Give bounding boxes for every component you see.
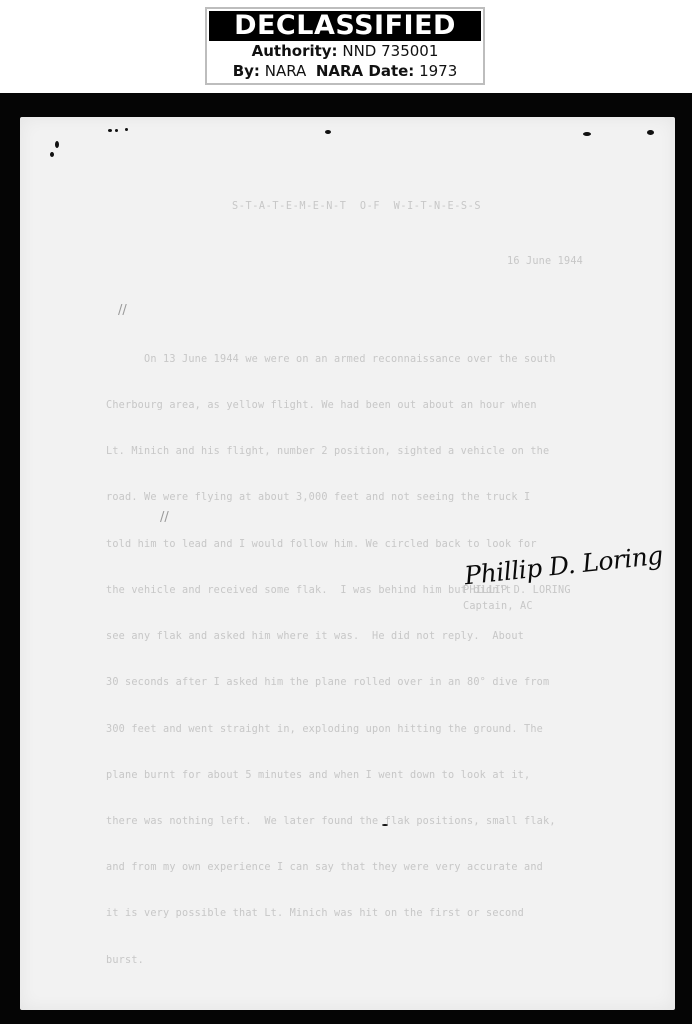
speck-mark <box>115 129 118 132</box>
declassified-stamp: DECLASSIFIED Authority: NND 735001 By: N… <box>205 7 485 85</box>
speck-mark <box>583 132 591 136</box>
body-line: burst. <box>106 953 556 968</box>
body-line: there was nothing left. We later found t… <box>106 814 556 829</box>
statement-body: On 13 June 1944 we were on an armed reco… <box>106 321 556 999</box>
speck-mark <box>125 128 128 131</box>
document-page: S-T-A-T-E-M-E-N-T O-F W-I-T-N-E-S-S 16 J… <box>20 117 675 1010</box>
quote-mark-open: // <box>118 303 127 318</box>
speck-mark <box>325 130 331 134</box>
body-line: Lt. Minich and his flight, number 2 posi… <box>106 444 556 459</box>
body-line: 300 feet and went straight in, exploding… <box>106 722 556 737</box>
body-line: see any flak and asked him where it was.… <box>106 629 556 644</box>
stamp-title: DECLASSIFIED <box>209 11 481 41</box>
body-line: plane burnt for about 5 minutes and when… <box>106 768 556 783</box>
authority-value: NND 735001 <box>342 42 438 60</box>
document-date: 16 June 1944 <box>507 256 583 267</box>
nara-date-value: 1973 <box>419 62 457 80</box>
body-line: it is very possible that Lt. Minich was … <box>106 906 556 921</box>
document-heading: S-T-A-T-E-M-E-N-T O-F W-I-T-N-E-S-S <box>232 201 481 212</box>
speck-mark <box>108 129 112 132</box>
stamp-authority: Authority: NND 735001 <box>207 41 483 61</box>
by-value: NARA <box>265 62 307 80</box>
speck-mark <box>50 152 54 157</box>
body-line: and from my own experience I can say tha… <box>106 860 556 875</box>
body-line: Cherbourg area, as yellow flight. We had… <box>106 398 556 413</box>
body-line: told him to lead and I would follow him.… <box>106 537 556 552</box>
body-line: On 13 June 1944 we were on an armed reco… <box>106 352 556 367</box>
signer-title: Captain, AC <box>463 601 533 612</box>
by-label: By: <box>233 62 260 80</box>
body-line: road. We were flying at about 3,000 feet… <box>106 490 556 505</box>
scanned-page-background: S-T-A-T-E-M-E-N-T O-F W-I-T-N-E-S-S 16 J… <box>0 93 692 1024</box>
nara-date-label: NARA Date: <box>316 62 414 80</box>
speck-mark <box>647 130 654 135</box>
signer-name: PHILLIP D. LORING <box>463 585 571 596</box>
speck-mark <box>55 141 59 148</box>
authority-label: Authority: <box>252 42 338 60</box>
quote-mark-close: // <box>160 510 169 525</box>
body-line: 30 seconds after I asked him the plane r… <box>106 675 556 690</box>
stamp-by-date: By: NARA NARA Date: 1973 <box>207 61 483 81</box>
